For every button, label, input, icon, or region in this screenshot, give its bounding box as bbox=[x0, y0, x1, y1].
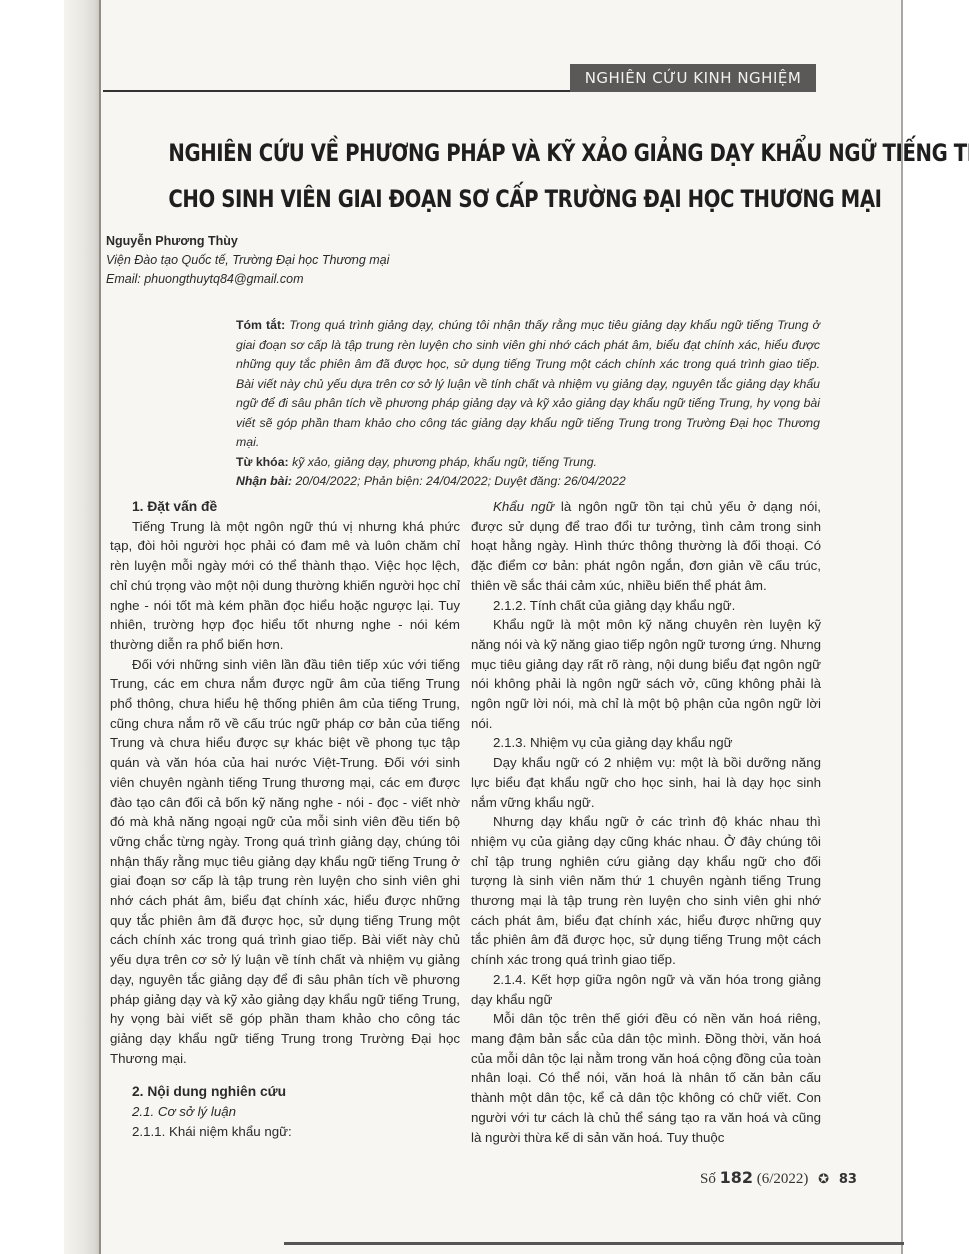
dates-text: 20/04/2022; Phản biện: 24/04/2022; Duyệt… bbox=[295, 474, 625, 488]
paragraph: Dạy khẩu ngữ có 2 nhiệm vụ: một là bồi d… bbox=[471, 753, 821, 812]
right-column: Khẩu ngữ là ngôn ngữ tồn tại chủ yếu ở d… bbox=[471, 497, 821, 1147]
paragraph: Tiếng Trung là một ngôn ngữ thú vị nhưng… bbox=[110, 517, 460, 655]
author-block: Nguyễn Phương Thùy Viện Đào tạo Quốc tế,… bbox=[106, 232, 389, 289]
subheading-2-1: 2.1. Cơ sở lý luận bbox=[110, 1102, 460, 1122]
author-affiliation: Viện Đào tạo Quốc tế, Trường Đại học Thư… bbox=[106, 251, 389, 270]
bottom-rule bbox=[284, 1242, 904, 1245]
subheading-2-1-3: 2.1.3. Nhiệm vụ của giảng dạy khẩu ngữ bbox=[471, 733, 821, 753]
binding-gutter bbox=[64, 0, 100, 1254]
term-khau-ngu: Khẩu ngữ bbox=[493, 499, 554, 514]
keywords-text: kỹ xảo, giảng dạy, phương pháp, khẩu ngữ… bbox=[292, 455, 597, 469]
heading-2: 2. Nội dung nghiên cứu bbox=[110, 1082, 460, 1102]
gutter-line bbox=[99, 0, 101, 1254]
header-rule bbox=[103, 90, 573, 92]
article-title: NGHIÊN CỨU VỀ PHƯƠNG PHÁP VÀ KỸ XẢO GIẢN… bbox=[168, 130, 791, 222]
title-line-1: NGHIÊN CỨU VỀ PHƯƠNG PHÁP VÀ KỸ XẢO GIẢN… bbox=[168, 130, 791, 176]
page-footer: Số 182 (6/2022) ✪ 83 bbox=[700, 1168, 857, 1188]
abstract-label: Tóm tắt: bbox=[236, 318, 285, 332]
subheading-2-1-1: 2.1.1. Khái niệm khẩu ngữ: bbox=[110, 1122, 460, 1142]
title-line-2: CHO SINH VIÊN GIAI ĐOẠN SƠ CẤP TRƯỜNG ĐẠ… bbox=[168, 176, 791, 222]
paragraph: Khẩu ngữ là một môn kỹ năng chuyên rèn l… bbox=[471, 615, 821, 733]
issue-date: (6/2022) bbox=[757, 1171, 809, 1187]
paragraph: Đối với những sinh viên lần đầu tiên tiế… bbox=[110, 655, 460, 1069]
heading-1: 1. Đặt vấn đề bbox=[110, 497, 460, 517]
paragraph: Mỗi dân tộc trên thế giới đều có nền văn… bbox=[471, 1009, 821, 1147]
author-email: Email: phuongthuytq84@gmail.com bbox=[106, 270, 389, 289]
left-column: 1. Đặt vấn đề Tiếng Trung là một ngôn ng… bbox=[110, 497, 460, 1142]
abstract: Tóm tắt: Trong quá trình giảng dạy, chún… bbox=[236, 316, 820, 492]
section-label: NGHIÊN CỨU KINH NGHIỆM bbox=[570, 64, 816, 92]
keywords: Từ khóa: kỹ xảo, giảng dạy, phương pháp,… bbox=[236, 453, 820, 473]
dates: Nhận bài: 20/04/2022; Phản biện: 24/04/2… bbox=[236, 472, 820, 492]
dates-label: Nhận bài: bbox=[236, 474, 292, 488]
abstract-summary: Tóm tắt: Trong quá trình giảng dạy, chún… bbox=[236, 316, 820, 453]
abstract-text: Trong quá trình giảng dạy, chúng tôi nhậ… bbox=[236, 318, 820, 449]
issue-number: 182 bbox=[720, 1168, 753, 1187]
star-icon: ✪ bbox=[818, 1171, 829, 1186]
page-edge bbox=[901, 0, 903, 1254]
paragraph: Nhưng dạy khẩu ngữ ở các trình độ khác n… bbox=[471, 812, 821, 970]
paragraph: Khẩu ngữ là ngôn ngữ tồn tại chủ yếu ở d… bbox=[471, 497, 821, 596]
subheading-2-1-4: 2.1.4. Kết hợp giữa ngôn ngữ và văn hóa … bbox=[471, 970, 821, 1009]
author-name: Nguyễn Phương Thùy bbox=[106, 232, 389, 251]
page-number: 83 bbox=[839, 1172, 857, 1187]
subheading-2-1-2: 2.1.2. Tính chất của giảng dạy khẩu ngữ. bbox=[471, 596, 821, 616]
issue-prefix: Số bbox=[700, 1171, 716, 1187]
keywords-label: Từ khóa: bbox=[236, 455, 289, 469]
